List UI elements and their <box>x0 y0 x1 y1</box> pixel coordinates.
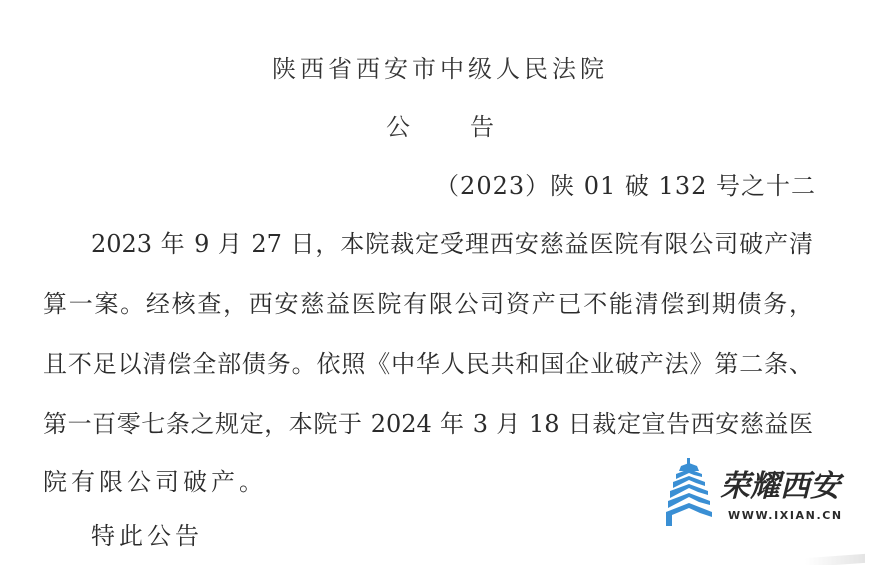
body-line-3: 且不足以清偿全部债务。依照《中华人民共和国企业破产法》第二条、 <box>43 349 813 379</box>
closing-statement: 特此公告 <box>91 521 203 551</box>
body-line-1: 2023 年 9 月 27 日，本院裁定受理西安慈益医院有限公司破产清 <box>91 229 813 259</box>
pagoda-tower-icon <box>664 458 714 528</box>
body-line-5: 院有限公司破产。 <box>43 467 267 497</box>
notice-title: 公告 <box>0 112 880 142</box>
body-line-4: 第一百零七条之规定，本院于 2024 年 3 月 18 日裁定宣告西安慈益医 <box>43 409 813 439</box>
body-line-2: 算一案。经核查，西安慈益医院有限公司资产已不能清偿到期债务， <box>43 289 813 319</box>
watermark-logo: 荣耀西安 WWW.IXIAN.CN <box>664 458 854 528</box>
page-corner-shadow <box>805 554 865 565</box>
case-number: （2023）陕 01 破 132 号之十二 <box>435 171 816 201</box>
notice-title-char-1: 公 <box>386 112 410 142</box>
court-name: 陕西省西安市中级人民法院 <box>0 54 880 84</box>
notice-title-char-2: 告 <box>470 112 494 142</box>
watermark-url: WWW.IXIAN.CN <box>728 509 843 522</box>
watermark-brand-name: 荣耀西安 <box>720 470 840 504</box>
